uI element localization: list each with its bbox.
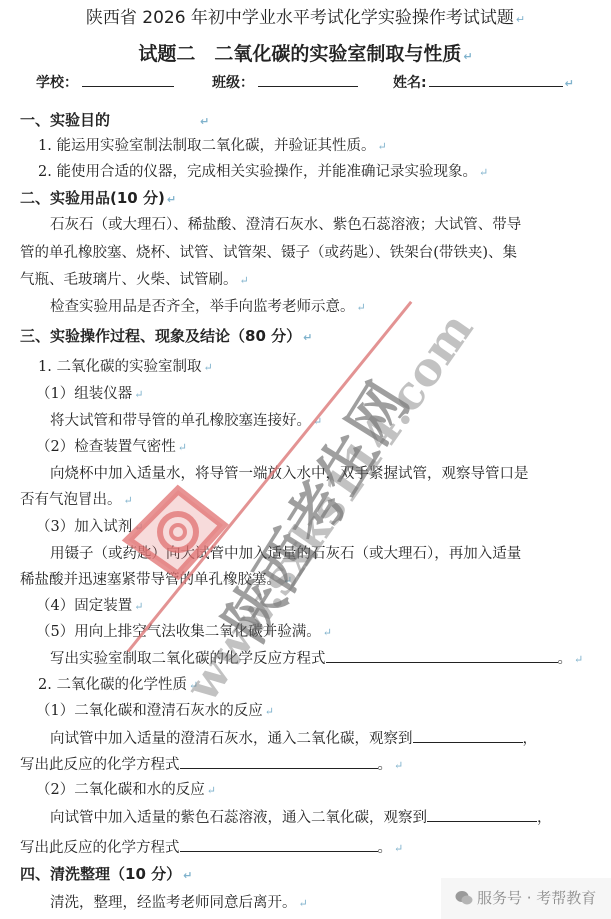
section-4-text: 清洗，整理，经监考老师同意后离开。↵ bbox=[50, 893, 308, 914]
class-field: 班级： bbox=[212, 72, 358, 93]
materials-line-2: 管的单孔橡胶塞、烧杯、试管、试管架、镊子（或药匙）、铁架台(带铁夹)、集 bbox=[20, 243, 517, 263]
step-1-title: （1）组装仪器↵ bbox=[36, 384, 143, 405]
step-2-text-a: 向烧杯中加入适量水，将导管一端放入水中，双手紧握试管，观察导管口是 bbox=[50, 464, 529, 484]
paragraph-mark-icon: ↵ bbox=[178, 441, 187, 454]
step-3-title: （3）加入试剂↵ bbox=[36, 517, 143, 538]
reaction-2-observation-answer[interactable] bbox=[427, 807, 537, 822]
exam-title: 陕西省 2026 年初中学业水平考试化学实验操作考试试题↵ bbox=[0, 8, 611, 30]
paragraph-mark-icon: ↵ bbox=[463, 50, 472, 63]
paragraph-mark-icon: ↵ bbox=[200, 115, 209, 128]
reaction-2-equation-answer[interactable] bbox=[180, 837, 378, 852]
materials-line-3: 气瓶、毛玻璃片、火柴、试管刷。↵ bbox=[20, 270, 249, 291]
class-input[interactable] bbox=[258, 72, 358, 87]
wechat-service-badge: 服务号 · 考帮教育 bbox=[441, 878, 611, 919]
paragraph-mark-icon: ↵ bbox=[167, 193, 176, 206]
paragraph-mark-icon: ↵ bbox=[265, 705, 274, 718]
paragraph-mark-icon: ↵ bbox=[479, 166, 488, 179]
reaction-2-equation-row: 写出此反应的化学方程式。↵ bbox=[20, 837, 403, 859]
paragraph-mark-icon: ↵ bbox=[207, 784, 216, 797]
paragraph-mark-icon: ↵ bbox=[394, 842, 403, 855]
step-3-text-b: 稀盐酸并迅速塞紧带导管的单孔橡胶塞。↵ bbox=[20, 570, 292, 591]
part-2-title: 2. 二氧化碳的化学性质↵ bbox=[38, 675, 198, 696]
paragraph-mark-icon: ↵ bbox=[565, 77, 574, 90]
paragraph-mark-icon: ↵ bbox=[124, 494, 133, 507]
section-3-heading: 三、实验操作过程、现象及结论（80 分）↵ bbox=[20, 326, 312, 348]
paragraph-mark-icon: ↵ bbox=[516, 13, 525, 26]
equation-1-row: 写出实验室制取二氧化碳的化学反应方程式。↵ bbox=[50, 648, 583, 670]
step-4-title: （4）固定装置↵ bbox=[36, 596, 143, 617]
reaction-1-observation-answer[interactable] bbox=[413, 728, 523, 743]
badge-label: 服务号 · 考帮教育 bbox=[477, 887, 596, 908]
section-4-heading: 四、清洗整理（10 分）↵ bbox=[20, 864, 192, 886]
section-2-heading: 二、实验用品(10 分)↵ bbox=[20, 188, 176, 210]
paragraph-mark-icon: ↵ bbox=[323, 626, 332, 639]
paragraph-mark-icon: ↵ bbox=[134, 521, 143, 534]
question-title: 试题二 二氧化碳的实验室制取与性质↵ bbox=[0, 44, 611, 67]
name-input[interactable] bbox=[429, 72, 563, 87]
paragraph-mark-icon: ↵ bbox=[134, 388, 143, 401]
step-2-title: （2）检查装置气密性↵ bbox=[36, 437, 187, 458]
materials-check: 检查实验用品是否齐全，举手向监考老师示意。↵ bbox=[50, 297, 366, 318]
step-1-text: 将大试管和带导管的单孔橡胶塞连接好。↵ bbox=[50, 411, 322, 432]
materials-line-1: 石灰石（或大理石）、稀盐酸、澄清石灰水、紫色石蕊溶液；大试管、带导 bbox=[50, 215, 521, 235]
objective-2: 2. 能使用合适的仪器，完成相关实验操作，并能准确记录实验现象。↵ bbox=[38, 162, 488, 183]
name-field: 姓名:↵ bbox=[393, 72, 574, 94]
school-input[interactable] bbox=[82, 72, 174, 87]
step-2-text-b: 否有气泡冒出。↵ bbox=[20, 490, 133, 511]
part-1-title: 1. 二氧化碳的实验室制取↵ bbox=[38, 357, 213, 378]
reaction-1-title: （1）二氧化碳和澄清石灰水的反应↵ bbox=[36, 701, 274, 722]
paragraph-mark-icon: ↵ bbox=[357, 301, 366, 314]
section-1-heading: 一、实验目的↵ bbox=[20, 110, 209, 132]
paragraph-mark-icon: ↵ bbox=[299, 897, 308, 910]
reaction-1-equation-row: 写出此反应的化学方程式。↵ bbox=[20, 754, 403, 776]
paragraph-mark-icon: ↵ bbox=[183, 869, 192, 882]
paragraph-mark-icon: ↵ bbox=[283, 574, 292, 587]
wechat-icon bbox=[455, 890, 473, 906]
reaction-2-title: （2）二氧化碳和水的反应↵ bbox=[36, 780, 216, 801]
watermark-site-name: 陕西考生网 bbox=[200, 364, 425, 654]
reaction-1-equation-answer[interactable] bbox=[180, 754, 378, 769]
reaction-1-observe-row: 向试管中加入适量的澄清石灰水，通入二氧化碳，观察到， bbox=[50, 728, 537, 749]
objective-1: 1. 能运用实验室制法制取二氧化碳，并验证其性质。↵ bbox=[38, 136, 387, 157]
step-3-text-a: 用镊子（或药匙）向大试管中加入适量的石灰石（或大理石），再加入适量 bbox=[50, 544, 521, 564]
reaction-2-observe-row: 向试管中加入适量的紫色石蕊溶液，通入二氧化碳，观察到， bbox=[50, 807, 552, 828]
step-5-title: （5）用向上排空气法收集二氧化碳并验满。↵ bbox=[36, 622, 332, 643]
paragraph-mark-icon: ↵ bbox=[313, 415, 322, 428]
document-page: 陕西省 2026 年初中学业水平考试化学实验操作考试试题↵ 试题二 二氧化碳的实… bbox=[0, 0, 611, 919]
paragraph-mark-icon: ↵ bbox=[240, 274, 249, 287]
school-field: 学校： bbox=[36, 72, 174, 93]
equation-1-answer[interactable] bbox=[326, 648, 558, 663]
paragraph-mark-icon: ↵ bbox=[203, 361, 212, 374]
paragraph-mark-icon: ↵ bbox=[134, 600, 143, 613]
paragraph-mark-icon: ↵ bbox=[394, 759, 403, 772]
paragraph-mark-icon: ↵ bbox=[189, 679, 198, 692]
paragraph-mark-icon: ↵ bbox=[574, 653, 583, 666]
paragraph-mark-icon: ↵ bbox=[303, 331, 312, 344]
paragraph-mark-icon: ↵ bbox=[377, 140, 386, 153]
